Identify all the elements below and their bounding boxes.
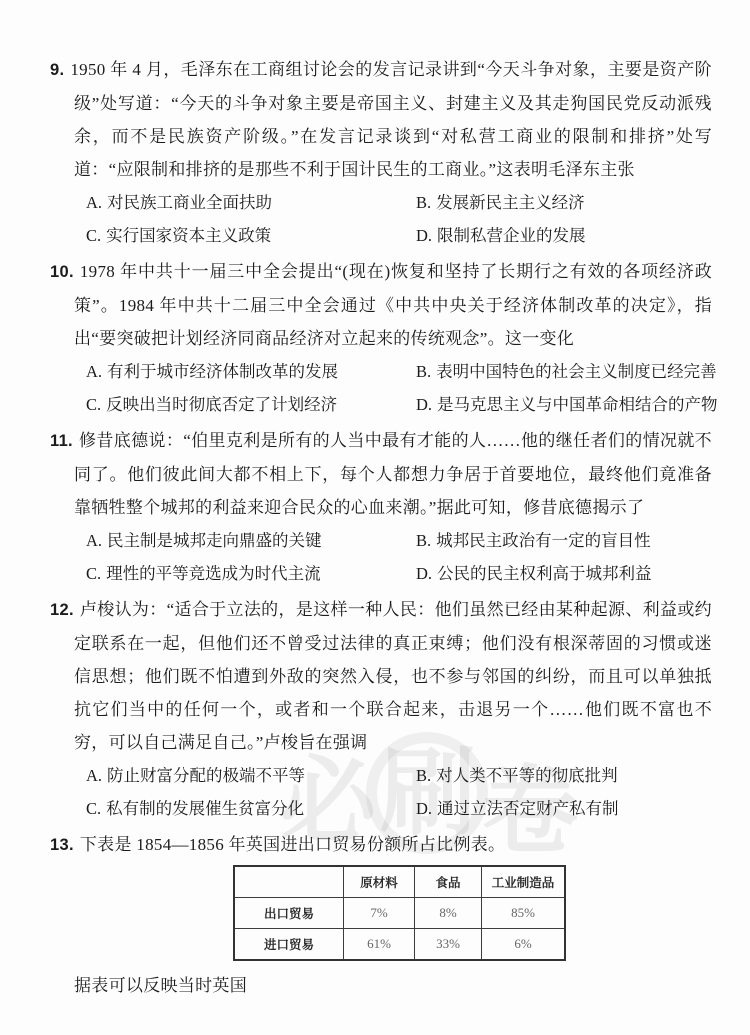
- question-13-number: 13.: [50, 836, 74, 854]
- option-text: 对民族工商业全面扶助: [107, 193, 272, 212]
- option-text: 发展新民主主义经济: [436, 193, 585, 212]
- option-label: B.: [416, 193, 431, 212]
- option-label: D.: [416, 226, 432, 245]
- table-header-food: 食品: [415, 866, 482, 898]
- option-label: C.: [86, 564, 101, 583]
- question-11: 11.修昔底德说：“伯里克利是所有的人当中最有才能的人……他的继任者们的情况就不…: [50, 424, 712, 590]
- question-12-option-a: A.防止财富分配的极端不平等: [86, 759, 416, 792]
- question-10-option-a: A.有利于城市经济体制改革的发展: [86, 355, 416, 388]
- option-label: D.: [416, 799, 432, 818]
- question-9: 9.1950 年 4 月，毛泽东在工商组讨论会的发言记录讲到“今天斗争对象，主要…: [50, 53, 712, 252]
- question-9-options: A.对民族工商业全面扶助 B.发展新民主主义经济 C.实行国家资本主义政策 D.…: [50, 186, 712, 252]
- import-food-value: 33%: [415, 929, 482, 961]
- option-label: B.: [416, 362, 431, 381]
- question-10-stem: 10.1978 年中共十一届三中全会提出“(现在)恢复和坚持了长期行之有效的各项…: [50, 255, 712, 355]
- option-label: C.: [86, 395, 101, 414]
- table-header-blank: [234, 866, 344, 898]
- question-13-text: 下表是 1854—1856 年英国进出口贸易份额所占比例表。: [80, 835, 506, 854]
- exam-page: 必 刷 卷 9.1950 年 4 月，毛泽东在工商组讨论会的发言记录讲到“今天斗…: [0, 0, 750, 1035]
- option-text: 实行国家资本主义政策: [106, 226, 271, 245]
- question-11-options: A.民主制是城邦走向鼎盛的关键 B.城邦民主政治有一定的盲目性 C.理性的平等竞…: [50, 524, 712, 590]
- question-9-stem: 9.1950 年 4 月，毛泽东在工商组讨论会的发言记录讲到“今天斗争对象，主要…: [50, 53, 712, 186]
- import-manufactures-value: 6%: [482, 929, 566, 961]
- option-text: 是马克思主义与中国革命相结合的产物: [437, 395, 718, 414]
- question-10-option-b: B.表明中国特色的社会主义制度已经完善: [416, 355, 718, 388]
- option-label: D.: [416, 564, 432, 583]
- question-9-number: 9.: [50, 61, 64, 79]
- export-raw-materials-value: 7%: [344, 898, 415, 929]
- question-10-options: A.有利于城市经济体制改革的发展 B.表明中国特色的社会主义制度已经完善 C.反…: [50, 355, 712, 421]
- question-9-option-c: C.实行国家资本主义政策: [86, 219, 416, 252]
- question-12-number: 12.: [50, 601, 74, 619]
- option-text: 防止财富分配的极端不平等: [107, 766, 305, 785]
- option-text: 城邦民主政治有一定的盲目性: [436, 531, 651, 550]
- import-raw-materials-value: 61%: [344, 929, 415, 961]
- question-11-option-a: A.民主制是城邦走向鼎盛的关键: [86, 524, 416, 557]
- question-9-option-d: D.限制私营企业的发展: [416, 219, 712, 252]
- table-row-export: 出口贸易 7% 8% 85%: [234, 898, 565, 929]
- question-11-text: 修昔底德说：“伯里克利是所有的人当中最有才能的人……他的继任者们的情况就不同了。…: [74, 431, 712, 517]
- question-12-text: 卢梭认为：“适合于立法的，是这样一种人民：他们虽然已经由某种起源、利益或约定联系…: [74, 600, 712, 752]
- option-text: 民主制是城邦走向鼎盛的关键: [107, 531, 322, 550]
- question-13-stem: 13.下表是 1854—1856 年英国进出口贸易份额所占比例表。: [50, 828, 712, 862]
- option-text: 对人类不平等的彻底批判: [436, 766, 618, 785]
- export-food-value: 8%: [415, 898, 482, 929]
- export-manufactures-value: 85%: [482, 898, 566, 929]
- question-11-option-b: B.城邦民主政治有一定的盲目性: [416, 524, 712, 557]
- question-13: 13.下表是 1854—1856 年英国进出口贸易份额所占比例表。 原材料 食品…: [50, 828, 712, 1002]
- question-9-option-a: A.对民族工商业全面扶助: [86, 186, 416, 219]
- row-label-export: 出口贸易: [234, 898, 344, 929]
- question-12: 12.卢梭认为：“适合于立法的，是这样一种人民：他们虽然已经由某种起源、利益或约…: [50, 593, 712, 825]
- question-9-text: 1950 年 4 月，毛泽东在工商组讨论会的发言记录讲到“今天斗争对象，主要是资…: [70, 60, 712, 179]
- row-label-import: 进口贸易: [234, 929, 344, 961]
- option-text: 私有制的发展催生贫富分化: [106, 799, 304, 818]
- question-11-stem: 11.修昔底德说：“伯里克利是所有的人当中最有才能的人……他的继任者们的情况就不…: [50, 424, 712, 524]
- question-10-option-c: C.反映出当时彻底否定了计划经济: [86, 388, 416, 421]
- option-text: 有利于城市经济体制改革的发展: [107, 362, 338, 381]
- option-text: 限制私营企业的发展: [437, 226, 586, 245]
- option-label: A.: [86, 193, 102, 212]
- table-header-row: 原材料 食品 工业制造品: [234, 866, 565, 898]
- option-label: C.: [86, 226, 101, 245]
- table-header-raw-materials: 原材料: [344, 866, 415, 898]
- option-text: 表明中国特色的社会主义制度已经完善: [436, 362, 717, 381]
- option-text: 公民的民主权利高于城邦利益: [437, 564, 652, 583]
- question-9-option-b: B.发展新民主主义经济: [416, 186, 712, 219]
- option-label: A.: [86, 766, 102, 785]
- question-10-option-d: D.是马克思主义与中国革命相结合的产物: [416, 388, 718, 421]
- question-11-option-c: C.理性的平等竞选成为时代主流: [86, 557, 416, 590]
- question-13-followup: 据表可以反映当时英国: [74, 969, 712, 1002]
- option-label: B.: [416, 766, 431, 785]
- option-label: D.: [416, 395, 432, 414]
- question-12-options: A.防止财富分配的极端不平等 B.对人类不平等的彻底批判 C.私有制的发展催生贫…: [50, 759, 712, 825]
- option-label: C.: [86, 799, 101, 818]
- option-label: B.: [416, 531, 431, 550]
- question-11-number: 11.: [50, 432, 73, 450]
- table-row-import: 进口贸易 61% 33% 6%: [234, 929, 565, 961]
- table-header-manufactures: 工业制造品: [482, 866, 566, 898]
- question-12-stem: 12.卢梭认为：“适合于立法的，是这样一种人民：他们虽然已经由某种起源、利益或约…: [50, 593, 712, 759]
- option-label: A.: [86, 531, 102, 550]
- option-text: 反映出当时彻底否定了计划经济: [106, 395, 337, 414]
- option-text: 理性的平等竞选成为时代主流: [106, 564, 321, 583]
- trade-share-table: 原材料 食品 工业制造品 出口贸易 7% 8% 85% 进口贸易 61%: [233, 865, 566, 961]
- question-10-number: 10.: [50, 263, 74, 281]
- question-12-option-c: C.私有制的发展催生贫富分化: [86, 792, 416, 825]
- question-11-option-d: D.公民的民主权利高于城邦利益: [416, 557, 712, 590]
- option-label: A.: [86, 362, 102, 381]
- question-12-option-b: B.对人类不平等的彻底批判: [416, 759, 712, 792]
- question-10-text: 1978 年中共十一届三中全会提出“(现在)恢复和坚持了长期行之有效的各项经济政…: [74, 262, 712, 348]
- option-text: 通过立法否定财产私有制: [437, 799, 619, 818]
- question-10: 10.1978 年中共十一届三中全会提出“(现在)恢复和坚持了长期行之有效的各项…: [50, 255, 712, 421]
- question-12-option-d: D.通过立法否定财产私有制: [416, 792, 712, 825]
- exam-content: 9.1950 年 4 月，毛泽东在工商组讨论会的发言记录讲到“今天斗争对象，主要…: [0, 0, 750, 1002]
